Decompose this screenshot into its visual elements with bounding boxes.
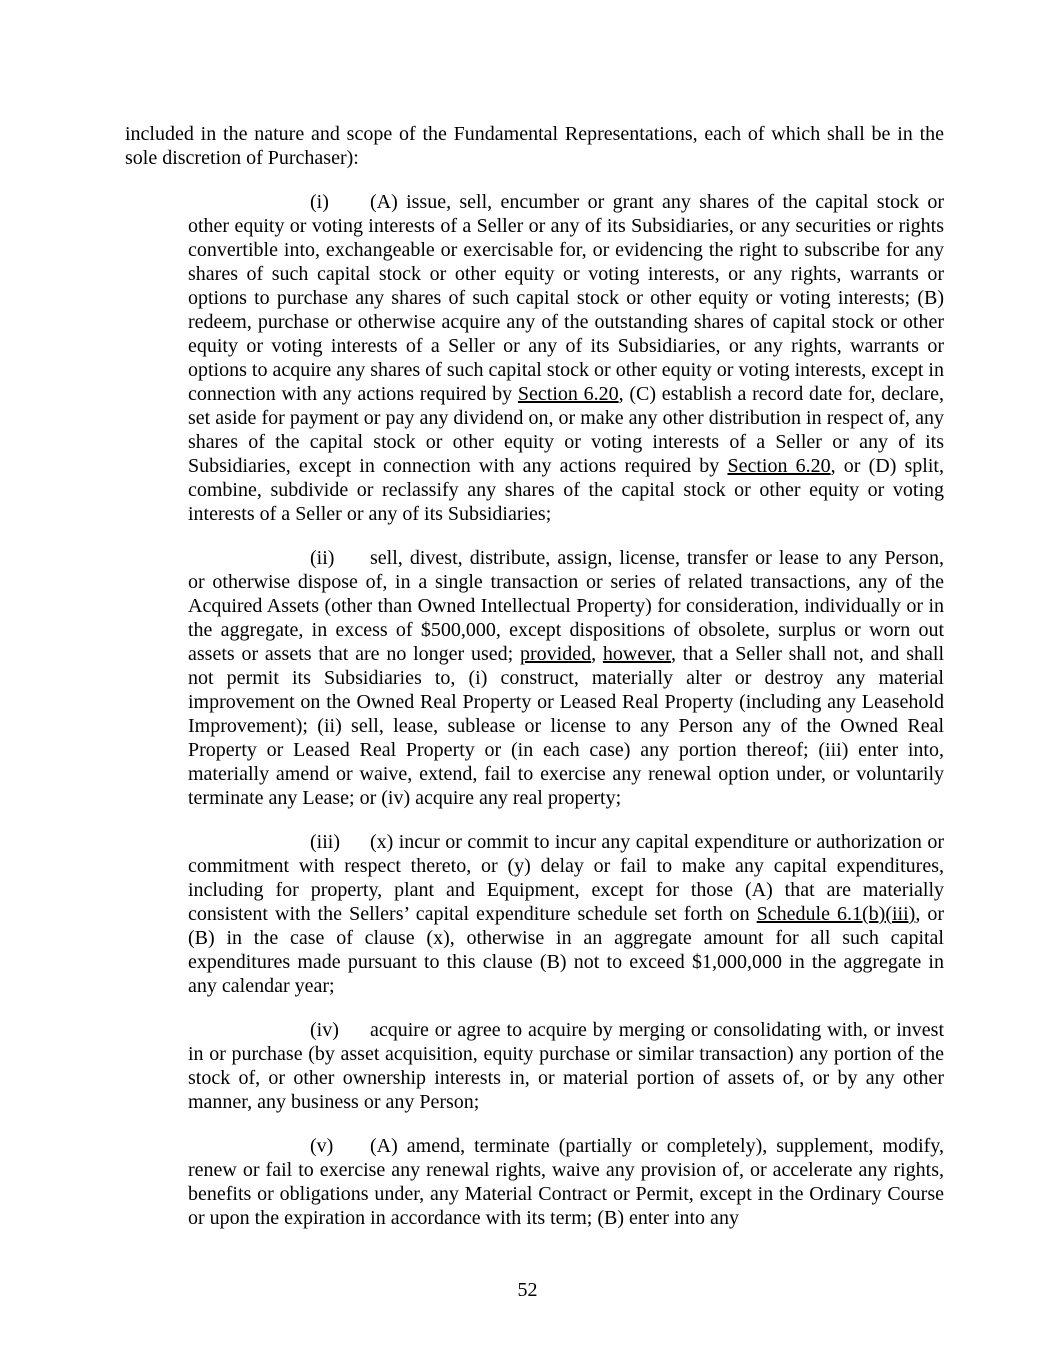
text-run: acquire or agree to acquire by merging o… bbox=[188, 1019, 944, 1113]
text-run: (A) amend, terminate (partially or compl… bbox=[188, 1135, 944, 1229]
cross-reference: however bbox=[603, 643, 671, 665]
document-body: (i)(A) issue, sell, encumber or grant an… bbox=[125, 190, 944, 1230]
document-page: included in the nature and scope of the … bbox=[0, 0, 1055, 1365]
clause-v: (v)(A) amend, terminate (partially or co… bbox=[188, 1134, 944, 1230]
cross-reference: Section 6.20 bbox=[518, 383, 619, 405]
page-number: 52 bbox=[0, 1278, 1055, 1302]
text-run: , that a Seller shall not, and shall not… bbox=[188, 643, 944, 809]
clause-iv-number: (iv) bbox=[310, 1018, 370, 1042]
clause-iii-number: (iii) bbox=[310, 830, 370, 854]
clause-i-number: (i) bbox=[310, 190, 370, 214]
clause-i: (i)(A) issue, sell, encumber or grant an… bbox=[188, 190, 944, 526]
clause-v-number: (v) bbox=[310, 1134, 370, 1158]
clause-iii: (iii)(x) incur or commit to incur any ca… bbox=[188, 830, 944, 998]
clause-iv: (iv)acquire or agree to acquire by mergi… bbox=[188, 1018, 944, 1114]
cross-reference: Schedule 6.1(b)(iii) bbox=[757, 903, 916, 925]
cross-reference: provided bbox=[520, 643, 591, 665]
clause-ii-number: (ii) bbox=[310, 546, 370, 570]
text-run: included in the nature and scope of the … bbox=[125, 123, 944, 169]
cross-reference: Section 6.20 bbox=[727, 455, 830, 477]
text-run: (A) issue, sell, encumber or grant any s… bbox=[188, 191, 944, 405]
intro-paragraph: included in the nature and scope of the … bbox=[125, 122, 944, 170]
text-run: , bbox=[591, 643, 603, 665]
clause-ii: (ii)sell, divest, distribute, assign, li… bbox=[188, 546, 944, 810]
